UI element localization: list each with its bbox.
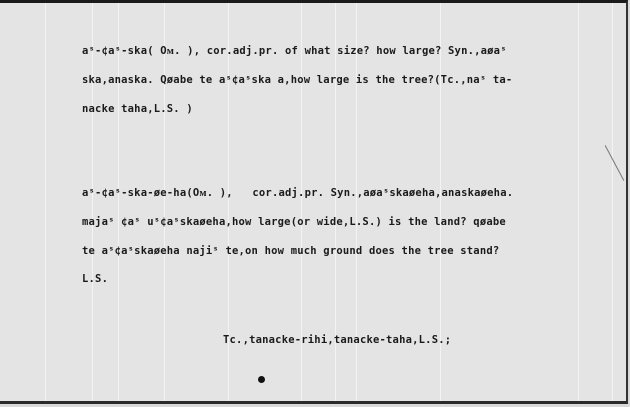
entry2-line1: aˢ-¢aˢ-ska-øe-ha(Oᴍ. ), cor.adj.pr. Syn.… <box>82 187 513 199</box>
dictionary-slip: aˢ-¢aˢ-ska( Oᴍ. ), cor.adj.pr. of what s… <box>0 0 628 404</box>
ink-blot <box>258 376 265 383</box>
entry2-line2: majaˢ ¢aˢ uˢ¢aˢskaøeha,how large(or wide… <box>82 216 506 228</box>
scratch-mark <box>605 145 625 181</box>
entry1-line1: aˢ-¢aˢ-ska( Oᴍ. ), cor.adj.pr. of what s… <box>82 45 507 57</box>
entry1-line3: nacke taha,L.S. ) <box>82 103 193 115</box>
entry1-line2: ska,anaska. Qøabe te aˢ¢aˢska a,how larg… <box>82 74 512 86</box>
entry2-line3: te aˢ¢aˢskaøeha najiˢ te,on how much gro… <box>82 245 499 257</box>
source-footer: Tc.,tanacke-rihi,tanacke-taha,L.S.; <box>223 334 451 346</box>
entry2-line4: L.S. <box>82 273 108 285</box>
